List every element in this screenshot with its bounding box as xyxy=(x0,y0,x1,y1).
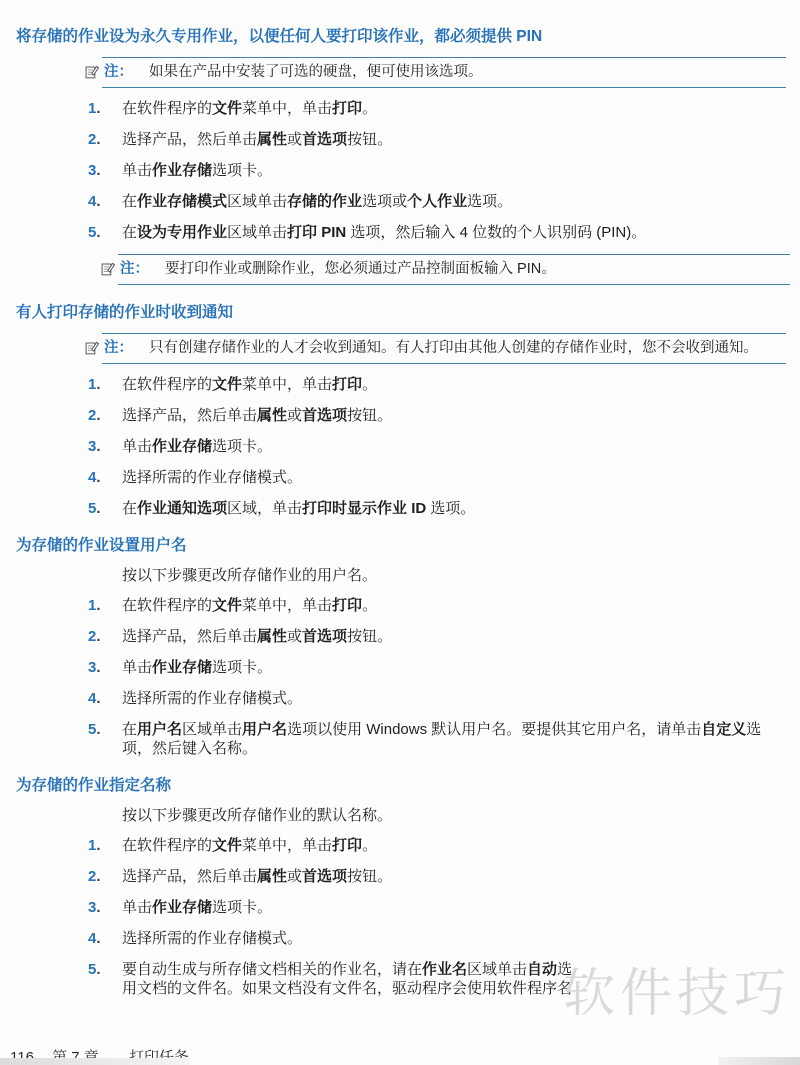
body-text: 选项，然后输入 4 位数的个人识别码 (PIN)。 xyxy=(346,224,646,241)
body-text: 在软件程序的 xyxy=(122,376,212,393)
note-label: 注： xyxy=(120,261,149,277)
list-item: 3.单击作业存储选项卡。 xyxy=(0,658,800,677)
body-text: 要自动生成与所存储文档相关的作业名，请在 xyxy=(122,961,422,978)
step-text: 在软件程序的文件菜单中，单击打印。 xyxy=(122,375,762,394)
body-text: 区域单击 xyxy=(467,961,527,978)
step-text: 选择产品，然后单击属性或首选项按钮。 xyxy=(122,130,762,149)
step-number: 2. xyxy=(88,627,122,646)
bold-text: 打印 xyxy=(332,837,362,854)
step-number: 4. xyxy=(88,192,122,211)
bold-text: 用户名 xyxy=(137,721,182,738)
note-clipboard-icon xyxy=(84,57,102,85)
step-number: 2. xyxy=(88,130,122,149)
note-block: 注：如果在产品中安装了可选的硬盘，便可使用该选项。 xyxy=(84,57,800,88)
step-number: 3. xyxy=(88,161,122,180)
body-text: 区域单击 xyxy=(182,721,242,738)
bold-text: 文件 xyxy=(212,837,242,854)
body-text: 按钮。 xyxy=(347,407,392,424)
body-text: 。 xyxy=(362,837,377,854)
body-text: 。 xyxy=(362,597,377,614)
body-text: 按钮。 xyxy=(347,628,392,645)
body-text: 或 xyxy=(287,868,302,885)
body-text: 在软件程序的 xyxy=(122,100,212,117)
body-text: 在 xyxy=(122,500,137,517)
note-label: 注： xyxy=(104,64,133,80)
bold-text: 属性 xyxy=(257,868,287,885)
bold-text: 个人作业 xyxy=(407,193,467,210)
list-item: 1.在软件程序的文件菜单中，单击打印。 xyxy=(0,596,800,615)
content-area: 将存储的作业设为永久专用作业，以便任何人要打印该作业，都必须提供 PIN 注：如… xyxy=(0,27,800,998)
list-item: 1.在软件程序的文件菜单中，单击打印。 xyxy=(0,836,800,855)
step-number: 3. xyxy=(88,437,122,456)
bold-text: 打印 xyxy=(332,376,362,393)
body-text: 选项。 xyxy=(426,500,475,517)
step-text: 选择产品，然后单击属性或首选项按钮。 xyxy=(122,627,762,646)
body-text: 选项以使用 Windows 默认用户名。要提供其它用户名，请单击 xyxy=(287,721,701,738)
step-number: 4. xyxy=(88,468,122,487)
step-text: 在软件程序的文件菜单中，单击打印。 xyxy=(122,836,762,855)
body-text: 按钮。 xyxy=(347,868,392,885)
body-text: 或 xyxy=(287,628,302,645)
body-text: 选项卡。 xyxy=(212,659,272,676)
body-text: 选择所需的作业存储模式。 xyxy=(122,690,302,707)
list-item: 2.选择产品，然后单击属性或首选项按钮。 xyxy=(0,130,800,149)
bold-text: 属性 xyxy=(257,628,287,645)
note-clipboard-icon xyxy=(84,333,102,361)
section-heading: 有人打印存储的作业时收到通知 xyxy=(16,303,800,322)
body-text: 在 xyxy=(122,224,137,241)
body-text: 选项。 xyxy=(467,193,512,210)
body-text: 在 xyxy=(122,193,137,210)
body-text: 单击 xyxy=(122,162,152,179)
step-text: 单击作业存储选项卡。 xyxy=(122,161,762,180)
list-item: 3.单击作业存储选项卡。 xyxy=(0,898,800,917)
list-item: 1.在软件程序的文件菜单中，单击打印。 xyxy=(0,375,800,394)
step-text: 在软件程序的文件菜单中，单击打印。 xyxy=(122,596,762,615)
watermark-text: 软件技巧 xyxy=(563,966,791,1022)
body-text: 单击 xyxy=(122,899,152,916)
bold-text: 打印 PIN xyxy=(287,224,346,241)
step-number: 1. xyxy=(88,596,122,615)
body-text: 或 xyxy=(287,131,302,148)
body-text: 选项卡。 xyxy=(212,438,272,455)
bold-text: 存储的作业 xyxy=(287,193,362,210)
list-item: 3.单击作业存储选项卡。 xyxy=(0,161,800,180)
step-text: 选择产品，然后单击属性或首选项按钮。 xyxy=(122,406,762,425)
list-item: 5.在用户名区域单击用户名选项以使用 Windows 默认用户名。要提供其它用户… xyxy=(0,720,800,758)
body-text: 按钮。 xyxy=(347,131,392,148)
clipped-line: 要自动生成与所存储文档相关的作业名，请在作业名区域单击自动选 xyxy=(122,960,580,979)
bold-text: 作业存储 xyxy=(152,899,212,916)
bold-text: 作业存储 xyxy=(152,438,212,455)
bold-text: 设为专用作业 xyxy=(137,224,227,241)
note-text: 只有创建存储作业的人才会收到通知。有人打印由其他人创建的存储作业时，您不会收到通… xyxy=(149,340,758,356)
bold-text: 文件 xyxy=(212,100,242,117)
body-text: 单击 xyxy=(122,659,152,676)
bold-text: 打印 xyxy=(332,597,362,614)
step-text: 在软件程序的文件菜单中，单击打印。 xyxy=(122,99,762,118)
body-text: 区域单击 xyxy=(227,224,287,241)
list-item: 3.单击作业存储选项卡。 xyxy=(0,437,800,456)
body-text: 。 xyxy=(362,376,377,393)
note-body: 注：只有创建存储作业的人才会收到通知。有人打印由其他人创建的存储作业时，您不会收… xyxy=(102,333,786,364)
scan-artifact-bottom-right xyxy=(718,1057,800,1065)
body-text: 单击 xyxy=(122,438,152,455)
list-item: 4.选择所需的作业存储模式。 xyxy=(0,689,800,708)
step-number: 2. xyxy=(88,867,122,886)
body-text: 在 xyxy=(122,721,137,738)
step-number: 3. xyxy=(88,898,122,917)
step-list: 1.在软件程序的文件菜单中，单击打印。2.选择产品，然后单击属性或首选项按钮。3… xyxy=(0,596,800,758)
bold-text: 文件 xyxy=(212,597,242,614)
bold-text: 作业存储模式 xyxy=(137,193,227,210)
bold-text: 作业存储 xyxy=(152,659,212,676)
body-text: 用文档的文件名。如果文档没有文件名，驱动程序会使用软件程序 xyxy=(122,980,557,997)
step-text: 单击作业存储选项卡。 xyxy=(122,898,762,917)
step-number: 1. xyxy=(88,836,122,855)
section-intro: 按以下步骤更改所存储作业的默认名称。 xyxy=(122,806,800,825)
bold-text: 属性 xyxy=(257,131,287,148)
body-text: 菜单中，单击 xyxy=(242,376,332,393)
body-text: 选择产品，然后单击 xyxy=(122,131,257,148)
step-text: 在作业通知选项区域，单击打印时显示作业 ID 选项。 xyxy=(122,499,762,518)
list-item: 1.在软件程序的文件菜单中，单击打印。 xyxy=(0,99,800,118)
body-text: 在软件程序的 xyxy=(122,837,212,854)
clipped-line: 用文档的文件名。如果文档没有文件名，驱动程序会使用软件程序名 xyxy=(122,979,580,998)
list-item: 4.在作业存储模式区域单击存储的作业选项或个人作业选项。 xyxy=(0,192,800,211)
note-clipboard-icon xyxy=(100,254,118,282)
section-heading: 为存储的作业设置用户名 xyxy=(16,536,800,555)
body-text: 选择所需的作业存储模式。 xyxy=(122,930,302,947)
bold-text: 作业名 xyxy=(422,961,467,978)
body-text: 选项卡。 xyxy=(212,162,272,179)
body-text: 选项或 xyxy=(362,193,407,210)
bold-text: 打印时显示作业 ID xyxy=(302,500,426,517)
body-text: 区域单击 xyxy=(227,193,287,210)
bold-text: 自定义 xyxy=(701,721,746,738)
list-item: 2.选择产品，然后单击属性或首选项按钮。 xyxy=(0,627,800,646)
note-text: 要打印作业或删除作业，您必须通过产品控制面板输入 PIN。 xyxy=(165,261,556,277)
step-list: 1.在软件程序的文件菜单中，单击打印。2.选择产品，然后单击属性或首选项按钮。3… xyxy=(0,99,800,242)
body-text: 。 xyxy=(362,100,377,117)
step-text: 单击作业存储选项卡。 xyxy=(122,658,762,677)
step-number: 5. xyxy=(88,223,122,242)
step-number: 5. xyxy=(88,720,122,758)
list-item: 5.在作业通知选项区域，单击打印时显示作业 ID 选项。 xyxy=(0,499,800,518)
body-text: 区域，单击 xyxy=(227,500,302,517)
section-heading: 将存储的作业设为永久专用作业，以便任何人要打印该作业，都必须提供 PIN xyxy=(16,27,800,46)
body-text: 选择所需的作业存储模式。 xyxy=(122,469,302,486)
note-block: 注：只有创建存储作业的人才会收到通知。有人打印由其他人创建的存储作业时，您不会收… xyxy=(84,333,800,364)
step-text: 在作业存储模式区域单击存储的作业选项或个人作业选项。 xyxy=(122,192,762,211)
body-text: 选择产品，然后单击 xyxy=(122,407,257,424)
body-text: 或 xyxy=(287,407,302,424)
bold-text: 打印 xyxy=(332,100,362,117)
list-item: 5.在设为专用作业区域单击打印 PIN 选项，然后输入 4 位数的个人识别码 (… xyxy=(0,223,800,242)
step-number: 1. xyxy=(88,375,122,394)
bold-text: 首选项 xyxy=(302,628,347,645)
step-text: 要自动生成与所存储文档相关的作业名，请在作业名区域单击自动选用文档的文件名。如果… xyxy=(122,960,580,998)
list-item: 4.选择所需的作业存储模式。 xyxy=(0,468,800,487)
step-text: 单击作业存储选项卡。 xyxy=(122,437,762,456)
bold-text: 属性 xyxy=(257,407,287,424)
bold-text: 作业存储 xyxy=(152,162,212,179)
body-text: 选项卡。 xyxy=(212,899,272,916)
step-text: 在用户名区域单击用户名选项以使用 Windows 默认用户名。要提供其它用户名，… xyxy=(122,720,762,758)
step-list: 1.在软件程序的文件菜单中，单击打印。2.选择产品，然后单击属性或首选项按钮。3… xyxy=(0,375,800,518)
bold-text: 首选项 xyxy=(302,868,347,885)
step-text: 选择产品，然后单击属性或首选项按钮。 xyxy=(122,867,762,886)
scan-artifact-bottom-left xyxy=(0,1058,190,1065)
bold-text: 文件 xyxy=(212,376,242,393)
body-text: 选择产品，然后单击 xyxy=(122,628,257,645)
body-text: 菜单中，单击 xyxy=(242,100,332,117)
step-text: 选择所需的作业存储模式。 xyxy=(122,468,762,487)
step-number: 4. xyxy=(88,689,122,708)
body-text: 在软件程序的 xyxy=(122,597,212,614)
body-text: 菜单中，单击 xyxy=(242,837,332,854)
note-body: 注：如果在产品中安装了可选的硬盘，便可使用该选项。 xyxy=(102,57,786,88)
section-heading: 为存储的作业指定名称 xyxy=(16,776,800,795)
bold-text: 自动 xyxy=(527,961,557,978)
step-number: 5. xyxy=(88,499,122,518)
note-text: 如果在产品中安装了可选的硬盘，便可使用该选项。 xyxy=(149,64,483,80)
note-label: 注： xyxy=(104,340,133,356)
note-body: 注：要打印作业或删除作业，您必须通过产品控制面板输入 PIN。 xyxy=(118,254,790,285)
step-number: 5. xyxy=(88,960,122,998)
list-item: 2.选择产品，然后单击属性或首选项按钮。 xyxy=(0,867,800,886)
step-number: 3. xyxy=(88,658,122,677)
body-text: 菜单中，单击 xyxy=(242,597,332,614)
body-text: 选择产品，然后单击 xyxy=(122,868,257,885)
manual-page: 将存储的作业设为永久专用作业，以便任何人要打印该作业，都必须提供 PIN 注：如… xyxy=(0,0,800,1065)
bold-text: 首选项 xyxy=(302,131,347,148)
list-item: 2.选择产品，然后单击属性或首选项按钮。 xyxy=(0,406,800,425)
note-block: 注：要打印作业或删除作业，您必须通过产品控制面板输入 PIN。 xyxy=(100,254,800,285)
step-text: 在设为专用作业区域单击打印 PIN 选项，然后输入 4 位数的个人识别码 (PI… xyxy=(122,223,762,242)
step-text: 选择所需的作业存储模式。 xyxy=(122,689,762,708)
bold-text: 作业通知选项 xyxy=(137,500,227,517)
step-number: 1. xyxy=(88,99,122,118)
step-number: 4. xyxy=(88,929,122,948)
bold-text: 用户名 xyxy=(242,721,287,738)
step-text: 选择所需的作业存储模式。 xyxy=(122,929,762,948)
section-intro: 按以下步骤更改所存储作业的用户名。 xyxy=(122,566,800,585)
step-number: 2. xyxy=(88,406,122,425)
list-item: 4.选择所需的作业存储模式。 xyxy=(0,929,800,948)
bold-text: 首选项 xyxy=(302,407,347,424)
